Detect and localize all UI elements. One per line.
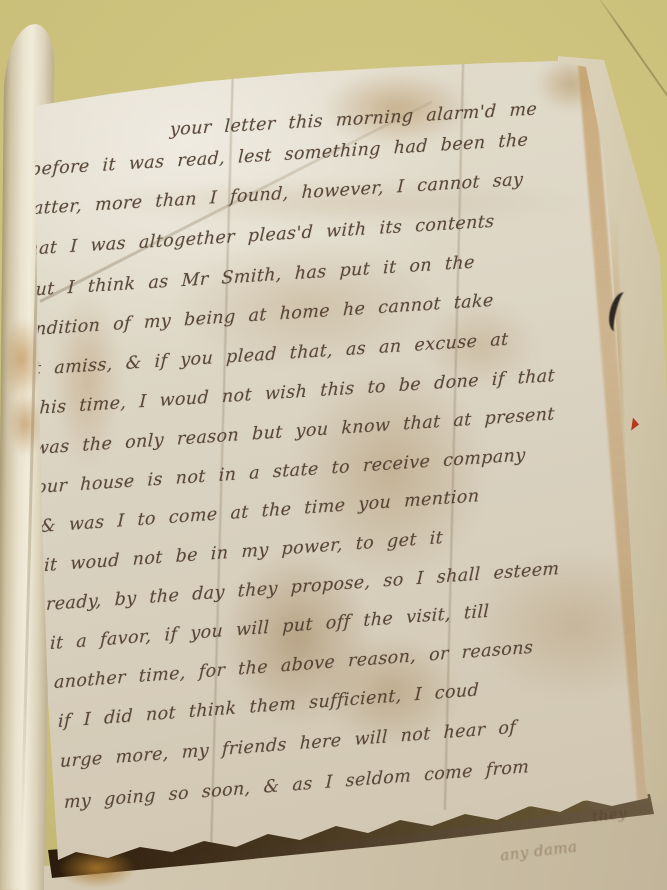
rust-stain [2, 318, 42, 400]
letter-line: before it was read, lest something had b… [30, 130, 529, 180]
underpage-faint-text: any dama [499, 837, 578, 864]
letter-photograph: they any dama My Dear B your letter this… [0, 0, 667, 890]
rust-stain [8, 392, 42, 456]
letter-salutation: My Dear B [70, 69, 177, 97]
letter-sheet: My Dear B your letter this morning alarm… [0, 0, 667, 890]
